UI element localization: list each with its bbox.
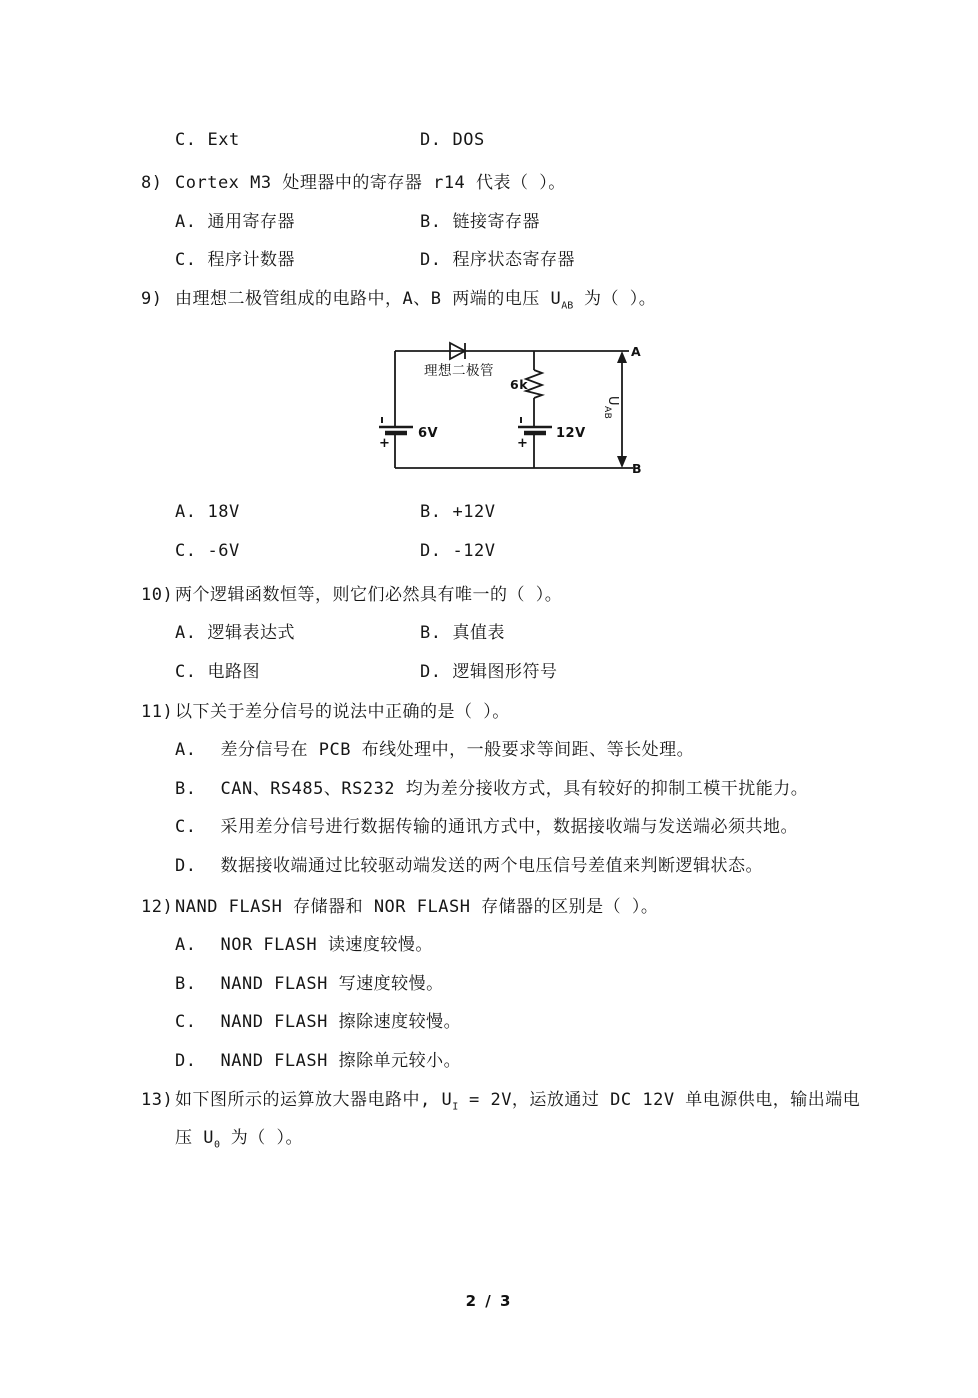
option-letter: D. [420,541,441,561]
question-8-title: 8)Cortex M3 处理器中的寄存器 r14 代表（ ）。 [0,168,978,198]
option-letter: C. [175,541,196,561]
option-label: 18V [207,502,239,522]
question-text: 为（ ）。 [220,1128,303,1148]
option-c: C.Ext [175,130,240,150]
option-letter: A. [175,623,196,643]
question-number: 8) [141,173,175,193]
option-letter: C. [175,662,196,682]
q11-option-d: D.数据接收端通过比较驱动端发送的两个电压信号差值来判断逻辑状态。 [0,851,978,881]
option-letter: C. [175,130,196,150]
option-label: DOS [452,130,484,150]
option-d: D.数据接收端通过比较驱动端发送的两个电压信号差值来判断逻辑状态。 [175,851,763,876]
uab-voltage-sub: AB [602,406,612,419]
option-letter: C. [175,817,196,837]
option-label: NOR FLASH 读速度较慢。 [220,935,432,955]
question-text: NAND FLASH 存储器和 NOR FLASH 存储器的区别是（ ）。 [175,897,658,917]
option-letter: D. [420,130,441,150]
option-label: 链接寄存器 [452,212,540,232]
terminal-a-label: A [631,344,641,359]
uab-voltage-main: U [605,396,620,406]
question-text: 如下图所示的运算放大器电路中, U [175,1090,452,1110]
q9-options-row-1: A.18V B.+12V [0,502,978,532]
q7-options-row: C.Ext D.DOS [0,130,978,160]
ideal-diode-circuit-figure: 理想二极管 6k + 6V + 12V A B U AB [373,337,653,477]
option-d: D.NAND FLASH 擦除单元较小。 [175,1046,461,1071]
option-b: B.真值表 [420,618,505,643]
document-page: C.Ext D.DOS 8)Cortex M3 处理器中的寄存器 r14 代表（… [0,0,978,1398]
uab-voltage-label: U AB [602,396,620,419]
question-10-title: 10)两个逻辑函数恒等，则它们必然具有唯一的（ ）。 [0,580,978,610]
battery-12v-plus-sign: + [517,436,528,451]
q11-option-c: C.采用差分信号进行数据传输的通讯方式中，数据接收端与发送端必须共地。 [0,812,978,842]
option-label: 真值表 [452,623,505,643]
question-text: 两个逻辑函数恒等，则它们必然具有唯一的（ ）。 [175,585,562,605]
option-a: A.逻辑表达式 [175,618,295,643]
option-label: 逻辑表达式 [207,623,295,643]
question-text: Cortex M3 处理器中的寄存器 r14 代表（ ）。 [175,173,566,193]
question-number: 9) [141,289,175,309]
option-letter: A. [175,212,196,232]
option-label: 通用寄存器 [207,212,295,232]
q10-options-row-2: C.电路图 D.逻辑图形符号 [0,657,978,687]
option-label: +12V [452,502,495,522]
option-letter: D. [420,662,441,682]
option-label: -12V [452,541,495,561]
question-text: 以下关于差分信号的说法中正确的是（ ）。 [175,702,510,722]
option-a: A.通用寄存器 [175,207,295,232]
uab-arrowhead-bottom [617,456,627,468]
option-d: D.-12V [420,541,495,561]
option-a: A.差分信号在 PCB 布线处理中，一般要求等间距、等长处理。 [175,735,694,760]
option-letter: B. [420,502,441,522]
diode-label: 理想二极管 [424,362,494,379]
option-a: A.NOR FLASH 读速度较慢。 [175,930,433,955]
option-a: A.18V [175,502,240,522]
page-number: 2 / 3 [0,1292,978,1310]
option-letter: B. [420,212,441,232]
option-c: C.采用差分信号进行数据传输的通讯方式中，数据接收端与发送端必须共地。 [175,812,798,837]
option-label: NAND FLASH 擦除速度较慢。 [220,1012,461,1032]
q12-option-c: C.NAND FLASH 擦除速度较慢。 [0,1007,978,1037]
option-letter: B. [175,779,196,799]
battery-6v-plus-sign: + [379,436,390,451]
option-c: C.-6V [175,541,240,561]
option-letter: A. [175,502,196,522]
option-d: D.程序状态寄存器 [420,245,575,270]
uab-subscript: AB [561,300,573,311]
option-c: C.NAND FLASH 擦除速度较慢。 [175,1007,461,1032]
option-label: 程序状态寄存器 [452,250,575,270]
q11-option-b: B.CAN、RS485、RS232 均为差分接收方式，具有较好的抑制工模干扰能力… [0,774,978,804]
question-12-title: 12)NAND FLASH 存储器和 NOR FLASH 存储器的区别是（ ）。 [0,892,978,922]
question-number: 10) [141,585,175,605]
option-letter: D. [175,1051,196,1071]
option-b: B.NAND FLASH 写速度较慢。 [175,969,444,994]
option-label: 程序计数器 [207,250,295,270]
option-label: -6V [207,541,239,561]
option-letter: D. [175,856,196,876]
option-label: Ext [207,130,239,150]
question-text: 为（ ）。 [573,289,656,309]
q12-option-b: B.NAND FLASH 写速度较慢。 [0,969,978,999]
q11-option-a: A.差分信号在 PCB 布线处理中，一般要求等间距、等长处理。 [0,735,978,765]
terminal-b-label: B [632,461,642,476]
option-b: B.CAN、RS485、RS232 均为差分接收方式，具有较好的抑制工模干扰能力… [175,774,808,799]
q12-option-d: D.NAND FLASH 擦除单元较小。 [0,1046,978,1076]
option-b: B.+12V [420,502,495,522]
option-c: C.电路图 [175,657,260,682]
question-11-title: 11)以下关于差分信号的说法中正确的是（ ）。 [0,697,978,727]
option-letter: C. [175,250,196,270]
option-label: 差分信号在 PCB 布线处理中，一般要求等间距、等长处理。 [220,740,694,760]
option-letter: B. [420,623,441,643]
question-13-title-line2: 压 U0 为（ ）。 [0,1123,978,1153]
question-13-title-line1: 13)如下图所示的运算放大器电路中, UI = 2V，运放通过 DC 12V 单… [0,1085,978,1115]
option-label: NAND FLASH 擦除单元较小。 [220,1051,461,1071]
q12-option-a: A.NOR FLASH 读速度较慢。 [0,930,978,960]
question-text: 由理想二极管组成的电路中，A、B 两端的电压 U [175,289,561,309]
question-number: 13) [141,1090,175,1110]
question-number: 12) [141,897,175,917]
q9-options-row-2: C.-6V D.-12V [0,541,978,571]
option-d: D.DOS [420,130,485,150]
option-label: CAN、RS485、RS232 均为差分接收方式，具有较好的抑制工模干扰能力。 [220,779,808,799]
option-label: 数据接收端通过比较驱动端发送的两个电压信号差值来判断逻辑状态。 [220,856,763,876]
question-9-title: 9)由理想二极管组成的电路中，A、B 两端的电压 UAB 为（ ）。 [0,284,978,314]
resistor-value-label: 6k [510,377,528,392]
option-c: C.程序计数器 [175,245,295,270]
option-letter: B. [175,974,196,994]
option-letter: C. [175,1012,196,1032]
q8-options-row-2: C.程序计数器 D.程序状态寄存器 [0,245,978,275]
option-letter: A. [175,740,196,760]
uab-arrowhead-top [617,351,627,363]
option-letter: A. [175,935,196,955]
resistor-symbol [526,370,542,398]
option-d: D.逻辑图形符号 [420,657,557,682]
q8-options-row-1: A.通用寄存器 B.链接寄存器 [0,207,978,237]
question-text: = 2V，运放通过 DC 12V 单电源供电，输出端电 [458,1090,860,1110]
option-letter: D. [420,250,441,270]
option-label: 逻辑图形符号 [452,662,557,682]
option-label: 采用差分信号进行数据传输的通讯方式中，数据接收端与发送端必须共地。 [220,817,798,837]
question-text: 压 U [175,1128,214,1148]
battery-12v-value-label: 12V [556,426,586,441]
battery-6v-value-label: 6V [418,426,438,441]
option-b: B.链接寄存器 [420,207,540,232]
option-label: 电路图 [207,662,260,682]
q10-options-row-1: A.逻辑表达式 B.真值表 [0,618,978,648]
option-label: NAND FLASH 写速度较慢。 [220,974,443,994]
question-number: 11) [141,702,175,722]
